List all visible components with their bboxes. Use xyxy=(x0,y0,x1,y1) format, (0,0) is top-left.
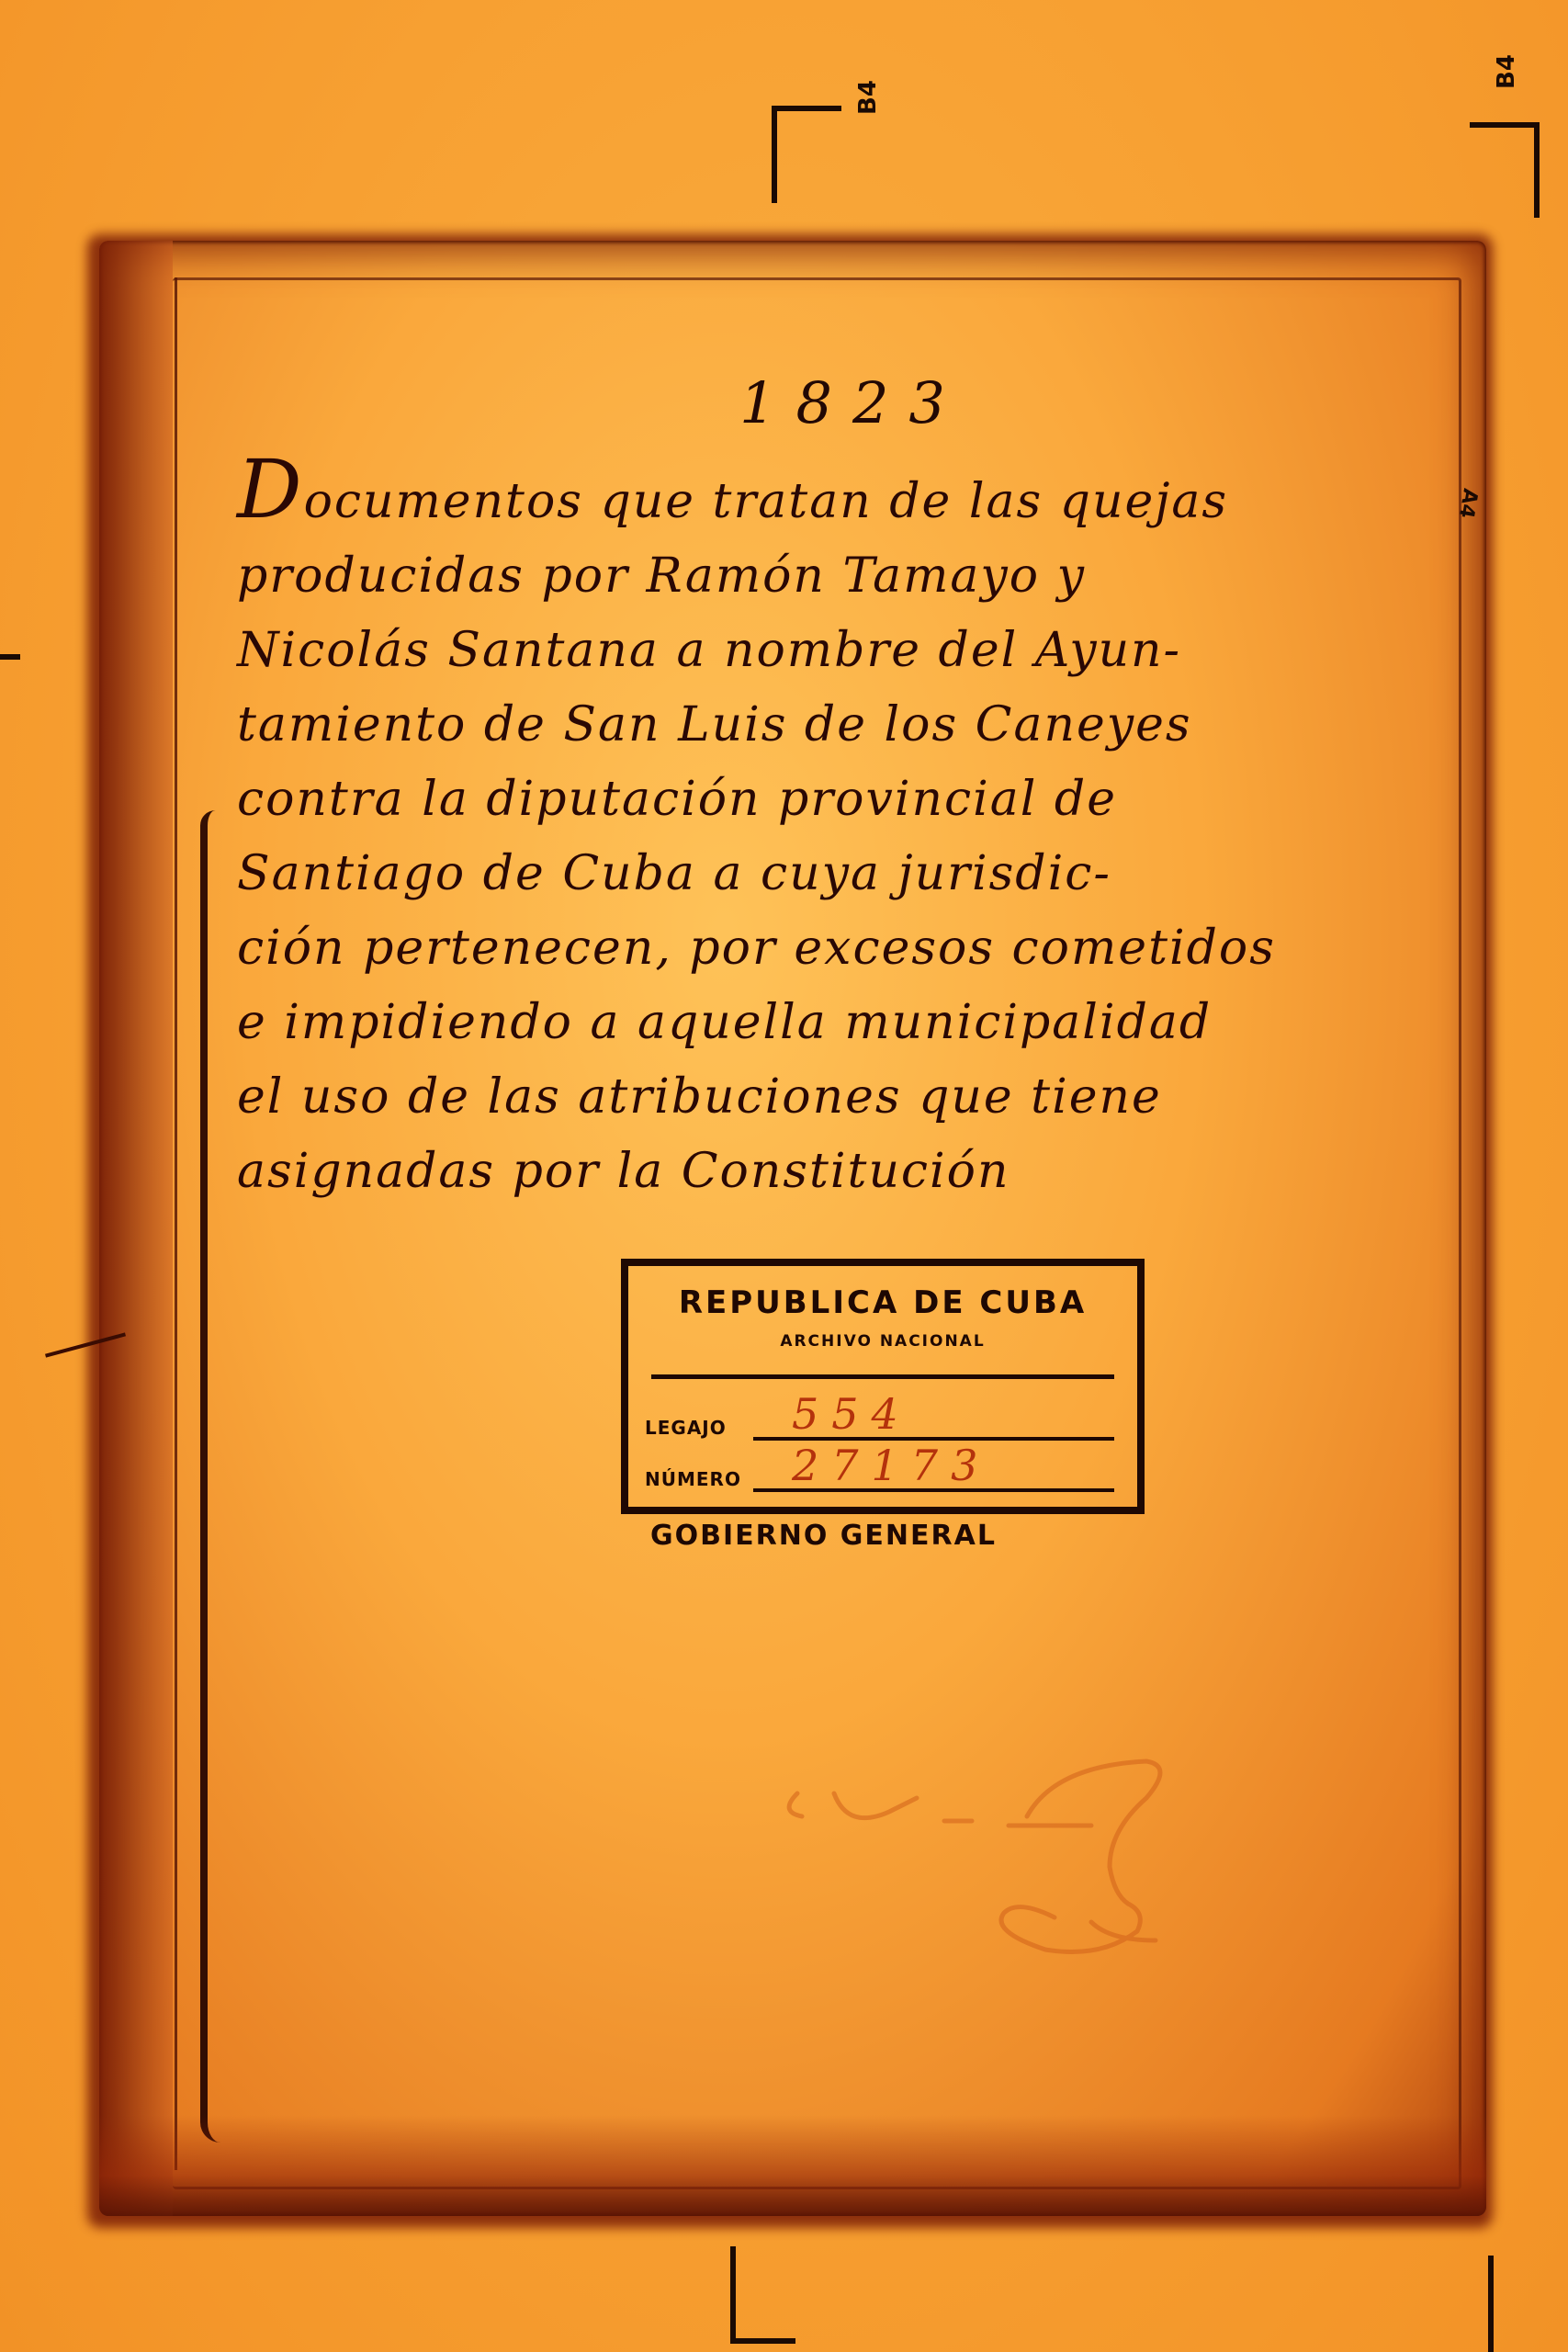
title-line: Santiago de Cuba a cuya jurisdic- xyxy=(237,837,1450,911)
stamp-numero-row: NÚMERO 27173 xyxy=(645,1455,1114,1494)
document-year: 1823 xyxy=(715,369,990,436)
title-line: e impidiendo a aquella municipalidad xyxy=(237,986,1450,1060)
crop-label-top-left: B4 xyxy=(854,80,882,115)
faded-signature xyxy=(761,1729,1201,1977)
title-line: Nicolás Santana a nombre del Ayun- xyxy=(237,614,1450,688)
title-line: Documentos que tratan de las quejas xyxy=(237,452,1450,539)
crop-mark-top-left xyxy=(772,106,841,203)
crop-mark-top-right xyxy=(1470,122,1540,218)
archival-document: A4 1823 Documentos que tratan de las que… xyxy=(99,241,1486,2216)
stamp-title: REPUBLICA DE CUBA xyxy=(628,1284,1137,1321)
bottom-edge-stain xyxy=(99,2115,1486,2216)
handwritten-title: Documentos que tratan de las quejas prod… xyxy=(237,452,1450,1209)
stamp-footer: GOBIERNO GENERAL xyxy=(650,1520,1128,1552)
legajo-label: LEGAJO xyxy=(645,1417,727,1439)
edge-label: A4 xyxy=(1454,487,1482,520)
title-line: ción pertenecen, por excesos cometidos xyxy=(237,911,1450,986)
title-line: el uso de las atribuciones que tiene xyxy=(237,1060,1450,1135)
title-line: producidas por Ramón Tamayo y xyxy=(237,539,1450,614)
title-line: asignadas por la Constitución xyxy=(237,1135,1450,1209)
stamp-divider xyxy=(651,1374,1114,1379)
stamp-legajo-row: LEGAJO 554 xyxy=(645,1404,1114,1442)
crop-mark-bottom-right xyxy=(1433,2256,1494,2352)
binding-spine xyxy=(99,241,173,2216)
crop-label-top-right: B4 xyxy=(1493,54,1520,89)
archive-stamp: REPUBLICA DE CUBA ARCHIVO NACIONAL LEGAJ… xyxy=(621,1259,1145,1514)
numero-value: 27173 xyxy=(792,1441,990,1490)
legajo-value: 554 xyxy=(792,1389,911,1439)
stamp-subtitle: ARCHIVO NACIONAL xyxy=(628,1332,1137,1351)
numero-label: NÚMERO xyxy=(645,1468,741,1490)
title-line: contra la diputación provincial de xyxy=(237,763,1450,837)
title-line: tamiento de San Luis de los Caneyes xyxy=(237,688,1450,763)
crop-mark-bottom-left xyxy=(730,2246,795,2344)
crop-mark-left-tick xyxy=(0,654,20,660)
binding-thread xyxy=(200,810,220,2143)
